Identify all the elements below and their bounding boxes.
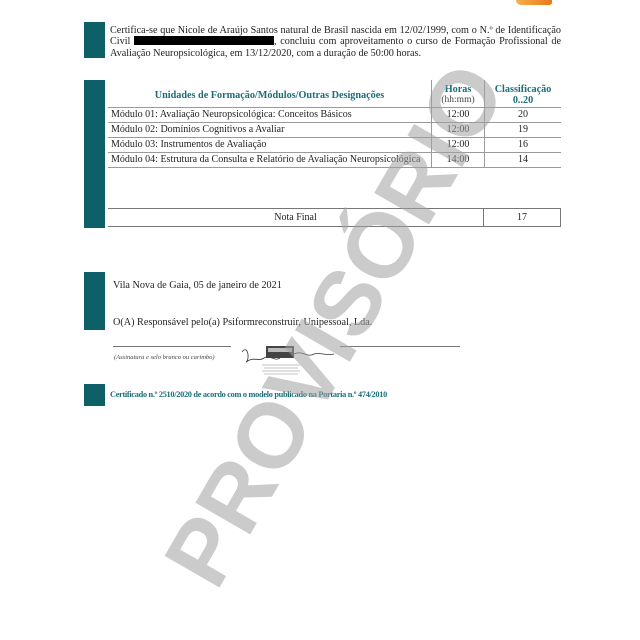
provisional-watermark: PROVISÓRIO [145, 101, 496, 604]
final-grade-value: 17 [484, 209, 561, 227]
signature-line-left [113, 346, 231, 347]
place-date: Vila Nova de Gaia, 05 de janeiro de 2021 [113, 280, 282, 291]
accent-bar-table [84, 80, 105, 228]
accent-bar-certification [84, 384, 105, 406]
signature-caption: (Assinatura e selo branco ou carimbo) [114, 354, 215, 361]
module-grade: 14 [485, 153, 562, 168]
module-name: Módulo 01: Avaliação Neuropsicológica: C… [108, 108, 432, 123]
orange-corner-decoration [516, 0, 552, 5]
redacted-id [134, 36, 274, 45]
header-units: Unidades de Formação/Módulos/Outras Desi… [108, 80, 432, 108]
certificate-intro: Certifica-se que Nicole de Araújo Santos… [110, 25, 561, 59]
accent-bar-signature [84, 272, 105, 330]
module-name: Módulo 02: Domínios Cognitivos a Avaliar [108, 123, 432, 138]
accent-bar-intro [84, 22, 105, 58]
